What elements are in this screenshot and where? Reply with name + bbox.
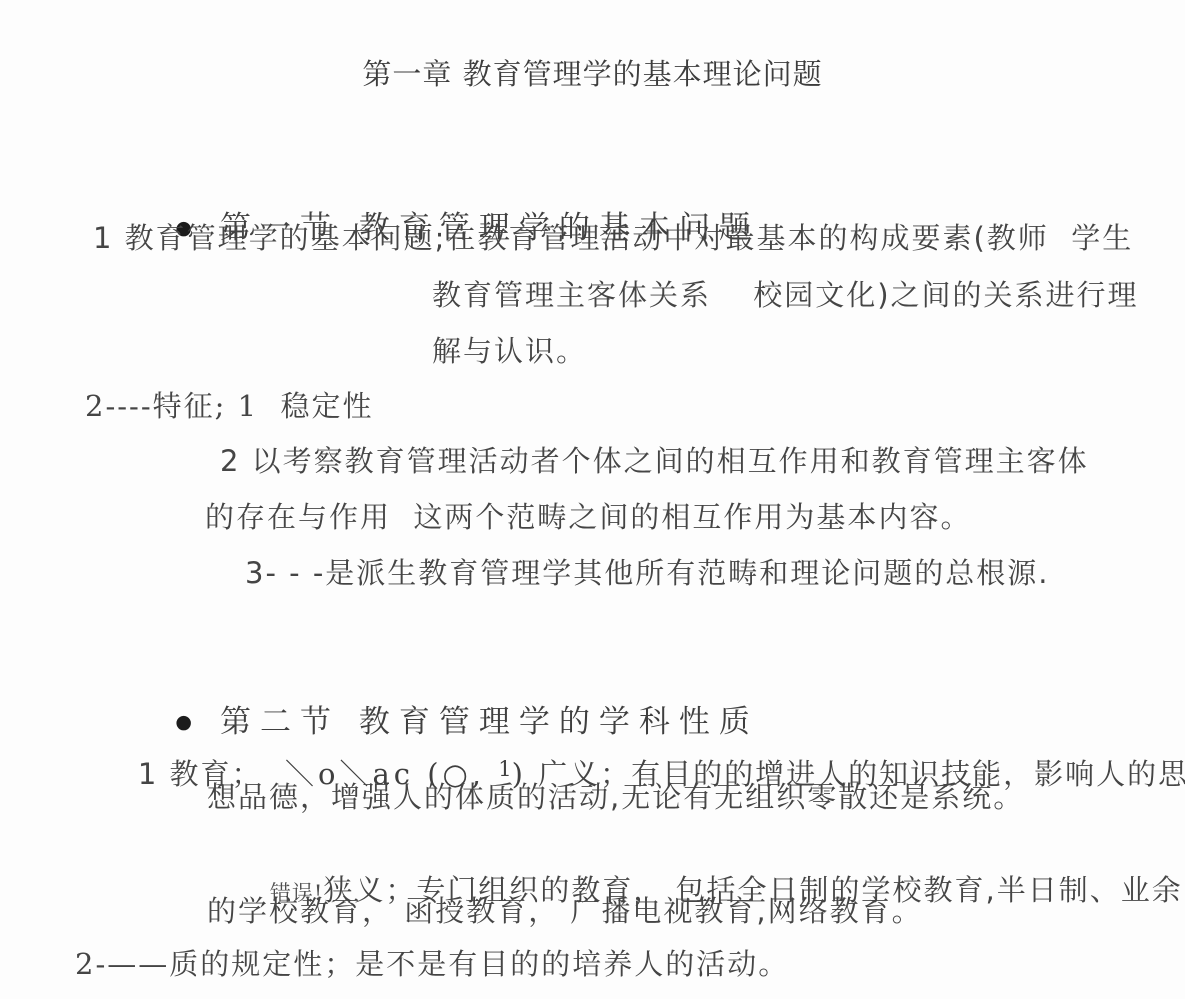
para6-line: 2-——质的规定性；是不是有目的的培养人的活动。 <box>75 947 789 982</box>
para3-line2: 的存在与作用 这两个范畴之间的相互作用为基本内容。 <box>205 500 971 535</box>
document-page: 第一章 教育管理学的基本理论问题 ●第一节 教育管理学的基本问题 1 教育管理学… <box>0 0 1185 999</box>
para5-line4: 的学校教育， 函授教育， 广播电视教育,网络教育。 <box>207 894 923 929</box>
chapter-title: 第一章 教育管理学的基本理论问题 <box>0 52 1185 93</box>
para4-line: 3- - -是派生教育管理学其他所有范畴和理论问题的总根源. <box>245 556 1050 591</box>
para3-line1: 2 以考察教育管理活动者个体之间的相互作用和教育管理主客体 <box>220 444 1089 479</box>
para1-line2: 教育管理主客体关系 校园文化)之间的关系进行理 <box>432 278 1139 313</box>
para2-line: 2----特征; 1 稳定性 <box>85 389 374 424</box>
para1-line3: 解与认识。 <box>432 334 587 369</box>
para1-line1: 1 教育管理学的基本问题;在教育管理活动中对最基本的构成要素(教师 学生 <box>93 221 1133 256</box>
para5-line2: 想品德，增强人的体质的活动,无论有无组织零散还是系统。 <box>207 780 1024 815</box>
eq-field-superscript: 1 <box>498 757 511 781</box>
